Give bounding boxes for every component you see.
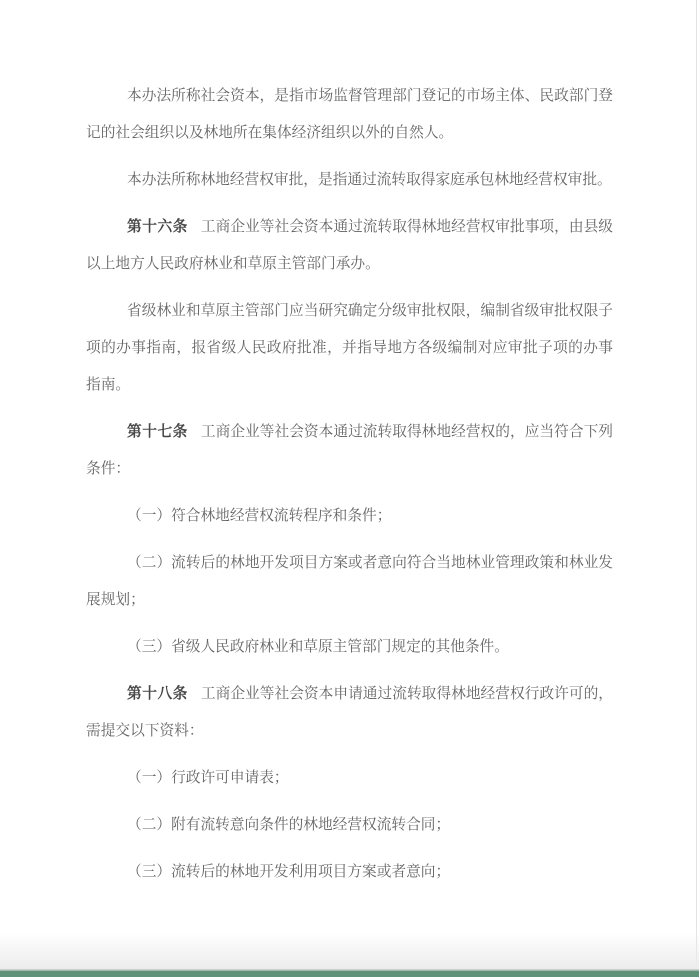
paragraph-text: 本办法所称社会资本，是指市场监督管理部门登记的市场主体、民政部门登记的社会组织以… — [86, 88, 613, 141]
paragraph-text: （二）流转后的林地开发项目方案或者意向符合当地林业管理政策和林业发展规划； — [86, 555, 613, 608]
body-paragraph: （三）省级人民政府林业和草原主管部门规定的其他条件。 — [86, 629, 613, 666]
body-paragraph: 省级林业和草原主管部门应当研究确定分级审批权限，编制省级审批权限子项的办事指南，… — [86, 293, 613, 404]
article-paragraph: 第十八条工商企业等社会资本申请通过流转取得林地经营权行政许可的，需提交以下资料： — [86, 676, 613, 750]
document-page: 本办法所称社会资本，是指市场监督管理部门登记的市场主体、民政部门登记的社会组织以… — [0, 0, 699, 977]
body-paragraph: 本办法所称社会资本，是指市场监督管理部门登记的市场主体、民政部门登记的社会组织以… — [86, 78, 613, 152]
paragraph-text: 本办法所称林地经营权审批，是指通过流转取得家庭承包林地经营权审批。 — [127, 172, 612, 188]
paragraph-text: （三）流转后的林地开发利用项目方案或者意向； — [127, 864, 450, 880]
paragraph-text: （一）行政许可申请表； — [127, 770, 289, 786]
paragraph-text: （一）符合林地经营权流转程序和条件； — [127, 508, 391, 524]
paragraph-text: 省级林业和草原主管部门应当研究确定分级审批权限，编制省级审批权限子项的办事指南，… — [86, 303, 613, 393]
article-number: 第十八条 — [127, 686, 188, 702]
document-content: 本办法所称社会资本，是指市场监督管理部门登记的市场主体、民政部门登记的社会组织以… — [86, 78, 613, 891]
article-paragraph: 第十六条工商企业等社会资本通过流转取得林地经营权审批事项，由县级以上地方人民政府… — [86, 209, 613, 283]
body-paragraph: （二）附有流转意向条件的林地经营权流转合同； — [86, 807, 613, 844]
body-paragraph: （一）符合林地经营权流转程序和条件； — [86, 498, 613, 535]
article-paragraph: 第十七条工商企业等社会资本通过流转取得林地经营权的，应当符合下列条件： — [86, 414, 613, 488]
body-paragraph: （一）行政许可申请表； — [86, 760, 613, 797]
body-paragraph: （三）流转后的林地开发利用项目方案或者意向； — [86, 854, 613, 891]
article-number: 第十七条 — [127, 424, 188, 440]
paragraph-text: （二）附有流转意向条件的林地经营权流转合同； — [127, 817, 450, 833]
paragraph-text: （三）省级人民政府林业和草原主管部门规定的其他条件。 — [127, 639, 509, 655]
footer-green-bar — [0, 970, 699, 977]
page-right-border — [696, 0, 697, 977]
body-paragraph: （二）流转后的林地开发项目方案或者意向符合当地林业管理政策和林业发展规划； — [86, 545, 613, 619]
bottom-gradient — [0, 933, 699, 970]
article-number: 第十六条 — [127, 219, 188, 235]
body-paragraph: 本办法所称林地经营权审批，是指通过流转取得家庭承包林地经营权审批。 — [86, 162, 613, 199]
